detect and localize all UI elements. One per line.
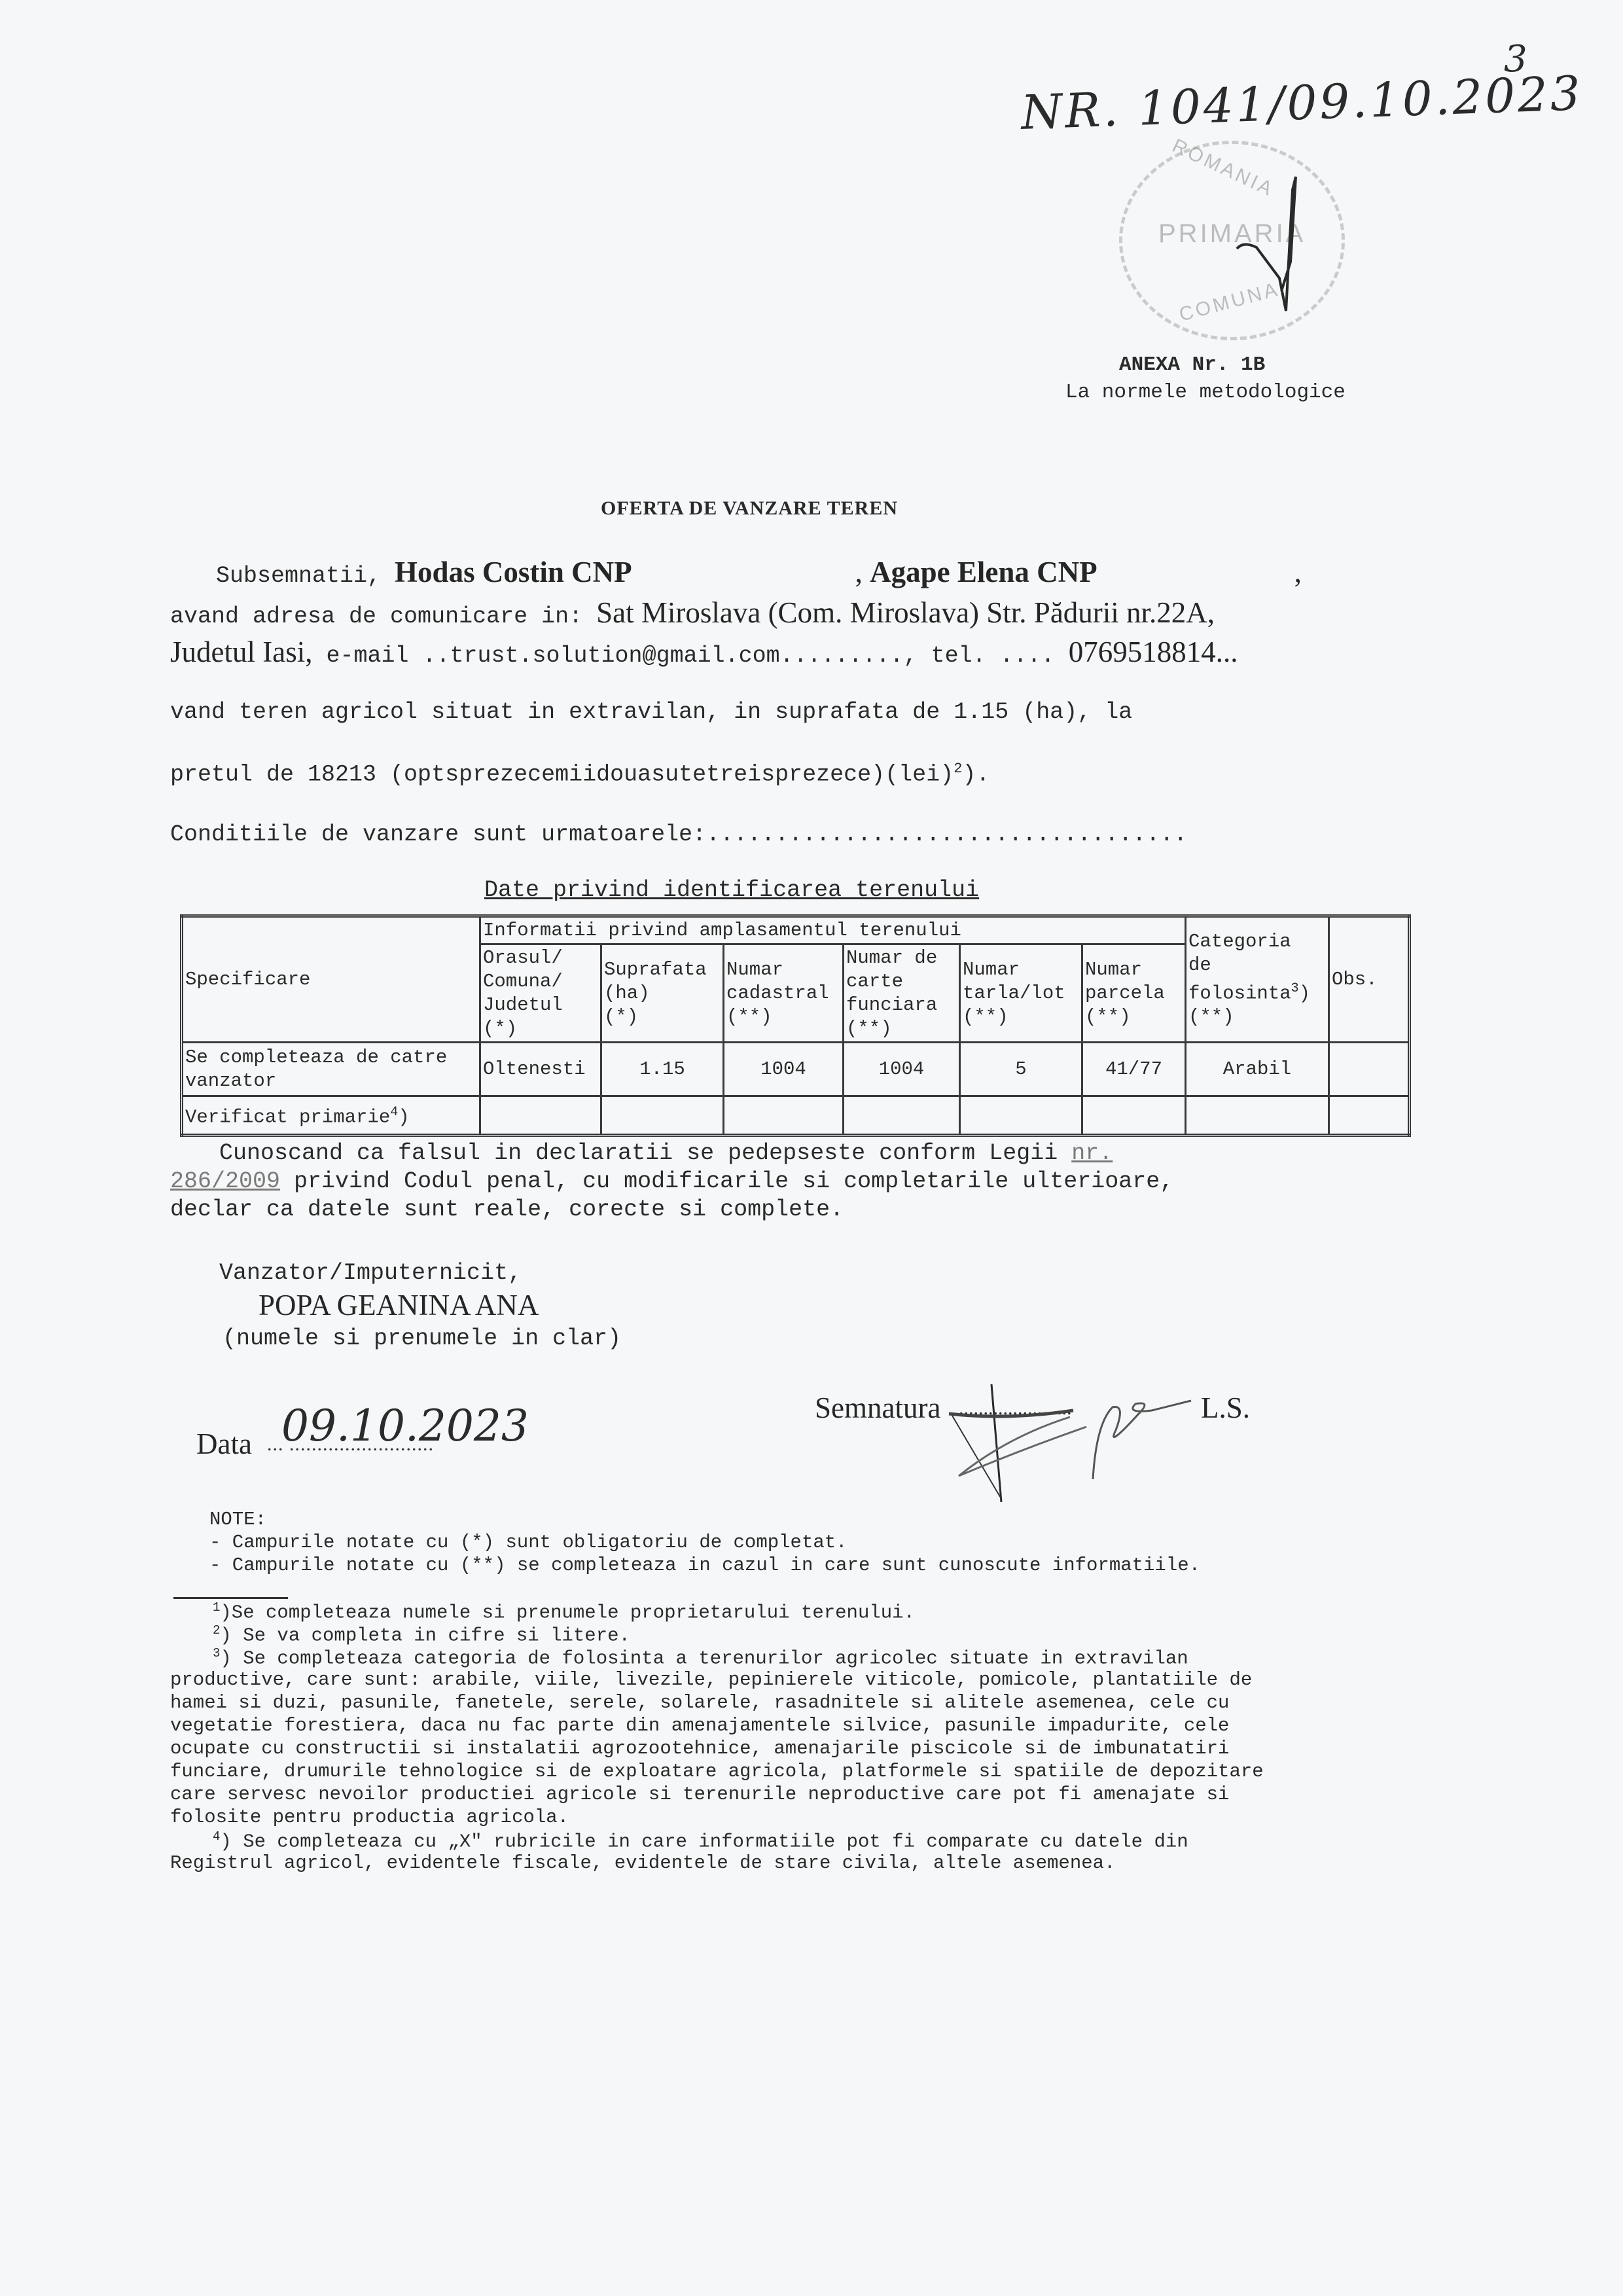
note-item: - Campurile notate cu (*) sunt obligator… (209, 1532, 847, 1553)
seller2-prefix: , (855, 556, 870, 588)
signature-label: Semnatura (815, 1391, 940, 1425)
declaration-line-3: declar ca datele sunt reale, corecte si … (170, 1196, 844, 1223)
header-tarla: Numartarla/lot(**) (960, 944, 1082, 1043)
cell-obs (1329, 1043, 1410, 1096)
annex-subtitle: La normele metodologice (1065, 381, 1346, 404)
footnote-divider (173, 1597, 288, 1599)
seller2-name: Agape Elena CNP (870, 556, 1097, 588)
cell-orasul: Oltenesti (480, 1043, 601, 1096)
header-cadastral: Numarcadastral(**) (724, 944, 844, 1043)
row-label: Se completeaza de catre vanzator (182, 1043, 480, 1096)
ls-label: L.S. (1201, 1391, 1250, 1425)
cell-carte-funciara: 1004 (844, 1043, 960, 1096)
price-footnote-ref: 2 (954, 761, 962, 777)
header-suprafata: Suprafata(ha)(*) (601, 944, 724, 1043)
address-label: avand adresa de comunicare in: (170, 603, 596, 630)
subsemnatii-label: Subsemnatii, (216, 563, 395, 589)
footnote-3-line: productive, care sunt: arabile, viile, l… (170, 1669, 1252, 1691)
cell-orasul (480, 1096, 601, 1136)
declaration-line-2: 286/2009 privind Codul penal, cu modific… (170, 1168, 1173, 1194)
document-title: OFERTA DE VANZARE TEREN (601, 497, 898, 520)
sellers-line: Subsemnatii, Hodas Costin CNP , Agape El… (216, 555, 1302, 589)
conditions-line: Conditiile de vanzare sunt urmatoarele:.… (170, 821, 1187, 848)
footnote-3-line: care servesc nevoilor productiei agricol… (170, 1784, 1229, 1805)
note-item: - Campurile notate cu (**) se completeaz… (209, 1554, 1200, 1576)
address-line: avand adresa de comunicare in: Sat Miros… (170, 596, 1215, 630)
email-trail: ........., tel. .... (780, 643, 1069, 669)
cell-parcela: 41/77 (1082, 1043, 1186, 1096)
cell-obs (1329, 1096, 1410, 1136)
header-orasul: Orasul/Comuna/Judetul(*) (480, 944, 601, 1043)
footnote-2: 2) Se va completa in cifre si litere. (213, 1623, 630, 1647)
cell-parcela (1082, 1096, 1186, 1136)
header-parcela: Numarparcela(**) (1082, 944, 1186, 1043)
cell-cadastral (724, 1096, 844, 1136)
price-suffix: ). (962, 762, 990, 788)
seller-name-hint: (numele si prenumele in clar) (223, 1325, 621, 1352)
notes-title: NOTE: (209, 1509, 266, 1530)
footnote-4: 4) Se completeaza cu „X" rubricile in ca… (213, 1829, 1188, 1853)
cell-cadastral: 1004 (724, 1043, 844, 1096)
footnote-3-line: funciare, drumurile tehnologice si de ex… (170, 1761, 1264, 1782)
land-identification-table: Specificare Informatii privind amplasame… (180, 914, 1411, 1137)
phone-value: 0769518814... (1069, 636, 1238, 668)
price-text: pretul de 18213 (optsprezecemiidouasutet… (170, 762, 954, 788)
row-label: Verificat primarie4) (182, 1096, 480, 1136)
footnote-4-line: Registrul agricol, evidentele fiscale, e… (170, 1852, 1115, 1874)
annex-title: ANEXA Nr. 1B (1119, 353, 1265, 376)
address-value: Sat Miroslava (Com. Miroslava) Str. Pădu… (596, 596, 1215, 629)
seller1-cnp-redacted (646, 564, 855, 588)
cell-tarla: 5 (960, 1043, 1082, 1096)
registration-number: NR. 1041/09.10.2023 (1020, 65, 1584, 140)
cell-suprafata (601, 1096, 724, 1136)
price-line: pretul de 18213 (optsprezecemiidouasutet… (170, 761, 990, 788)
sale-line: vand teren agricol situat in extravilan,… (170, 699, 1132, 725)
table-row: Se completeaza de catre vanzator Oltenes… (182, 1043, 1410, 1096)
footnote-3-line: vegetatie forestiera, daca nu fac parte … (170, 1715, 1229, 1736)
table-row: Verificat primarie4) (182, 1096, 1410, 1136)
footnote-3: 3) Se completeaza categoria de folosinta… (213, 1646, 1188, 1670)
email-label: e-mail .. (312, 643, 450, 669)
law-reference: nr. (1071, 1140, 1113, 1166)
handwritten-signature-icon (929, 1365, 1217, 1509)
seller-role-label: Vanzator/Imputernicit, (219, 1260, 522, 1286)
header-categoria: Categoria de folosinta3) (**) (1186, 916, 1329, 1043)
seller-name: POPA GEANINA ANA (259, 1288, 539, 1322)
date-value: 09.10.2023 (281, 1401, 529, 1451)
contact-line: Judetul Iasi, e-mail ..trust.solution@gm… (170, 635, 1238, 669)
cell-tarla (960, 1096, 1082, 1136)
stamp-signature-check-icon (1230, 164, 1309, 321)
header-carte-funciara: Numar decartefunciara(**) (844, 944, 960, 1043)
declaration-line-1: Cunoscand ca falsul in declaratii se ped… (219, 1140, 1113, 1166)
footnote-3-line: hamei si duzi, pasunile, fanetele, serel… (170, 1692, 1229, 1713)
header-group-location: Informatii privind amplasamentul terenul… (480, 916, 1186, 944)
cell-categoria (1186, 1096, 1329, 1136)
law-reference-number: 286/2009 (170, 1168, 280, 1194)
footnote-1: 1)Se completeaza numele si prenumele pro… (213, 1600, 915, 1624)
county-value: Judetul Iasi, (170, 636, 312, 668)
header-specificare: Specificare (182, 916, 480, 1043)
footnote-3-line: ocupate cu constructii si instalatii agr… (170, 1738, 1229, 1759)
seller2-cnp-redacted (1111, 564, 1294, 588)
table-caption: Date privind identificarea terenului (484, 877, 979, 903)
cell-categoria: Arabil (1186, 1043, 1329, 1096)
cell-carte-funciara (844, 1096, 960, 1136)
cell-suprafata: 1.15 (601, 1043, 724, 1096)
header-obs: Obs. (1329, 916, 1410, 1043)
footnote-3-line: folosite pentru productia agricola. (170, 1806, 569, 1828)
email-value: trust.solution@gmail.com (450, 643, 780, 669)
seller1-name: Hodas Costin CNP (395, 556, 632, 588)
date-label: Data (196, 1427, 252, 1461)
